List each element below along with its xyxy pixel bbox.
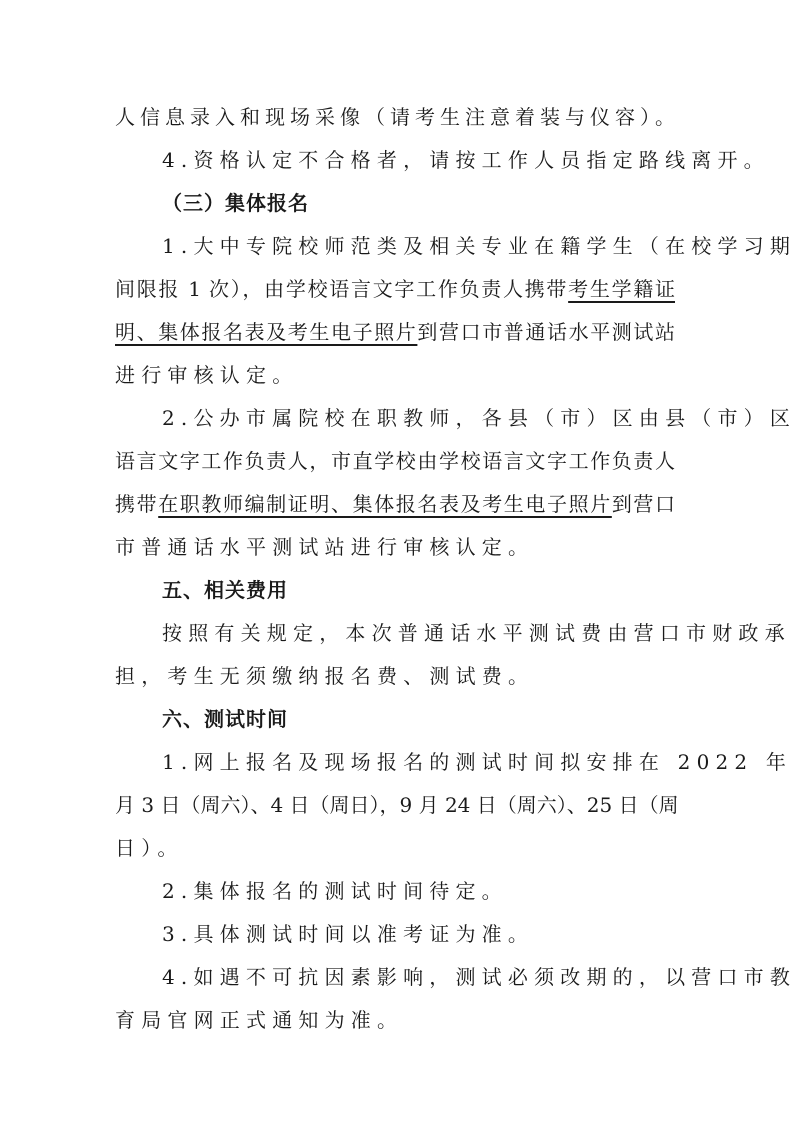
group-item-1-line-4: 进行审核认定。 — [115, 354, 675, 397]
test-time-item-1-line-1: 1.网上报名及现场报名的测试时间拟安排在 2022 年 9 — [115, 741, 675, 784]
text-run: 携带 — [115, 492, 158, 516]
text-run: 间限报 1 次），由学校语言文字工作负责人携带 — [115, 277, 568, 301]
test-time-item-3: 3.具体测试时间以准考证为准。 — [115, 913, 675, 956]
test-time-item-4-line-1: 4.如遇不可抗因素影响，测试必须改期的，以营口市教 — [115, 956, 675, 999]
section-heading-test-time: 六、测试时间 — [115, 698, 675, 741]
fees-body-line-1: 按照有关规定，本次普通话水平测试费由营口市财政承 — [115, 612, 675, 655]
document-page: 人信息录入和现场采像（请考生注意着装与仪容）。 4.资格认定不合格者，请按工作人… — [115, 96, 675, 1042]
underlined-required-documents: 明、集体报名表及考生电子照片 — [115, 320, 417, 344]
underlined-required-documents: 在职教师编制证明、集体报名表及考生电子照片 — [158, 492, 612, 516]
text-run: 到营口市普通话水平测试站 — [417, 320, 675, 344]
test-time-item-4-line-2: 育局官网正式通知为准。 — [115, 999, 675, 1042]
group-item-2-line-4: 市普通话水平测试站进行审核认定。 — [115, 526, 675, 569]
group-item-1-line-3: 明、集体报名表及考生电子照片到营口市普通话水平测试站 — [115, 311, 675, 354]
test-time-item-2: 2.集体报名的测试时间待定。 — [115, 870, 675, 913]
paragraph-continuation-line: 人信息录入和现场采像（请考生注意着装与仪容）。 — [115, 96, 675, 139]
fees-body-line-2: 担，考生无须缴纳报名费、测试费。 — [115, 655, 675, 698]
text-run: 到营口 — [612, 492, 675, 516]
test-time-item-1-line-3: 日）。 — [115, 827, 675, 870]
group-item-1-line-1: 1.大中专院校师范类及相关专业在籍学生（在校学习期 — [115, 225, 675, 268]
group-item-2-line-2: 语言文字工作负责人，市直学校由学校语言文字工作负责人 — [115, 440, 675, 483]
onsite-item-4: 4.资格认定不合格者，请按工作人员指定路线离开。 — [115, 139, 675, 182]
test-time-item-1-line-2: 月 3 日（周六）、4 日（周日），9 月 24 日（周六）、25 日（周 — [115, 784, 675, 827]
section-heading-fees: 五、相关费用 — [115, 569, 675, 612]
group-item-1-line-2: 间限报 1 次），由学校语言文字工作负责人携带考生学籍证 — [115, 268, 675, 311]
section-heading-group-registration: （三）集体报名 — [115, 182, 675, 225]
group-item-2-line-1: 2.公办市属院校在职教师，各县（市）区由县（市）区 — [115, 397, 675, 440]
group-item-2-line-3: 携带在职教师编制证明、集体报名表及考生电子照片到营口 — [115, 483, 675, 526]
underlined-required-documents: 考生学籍证 — [568, 277, 675, 301]
